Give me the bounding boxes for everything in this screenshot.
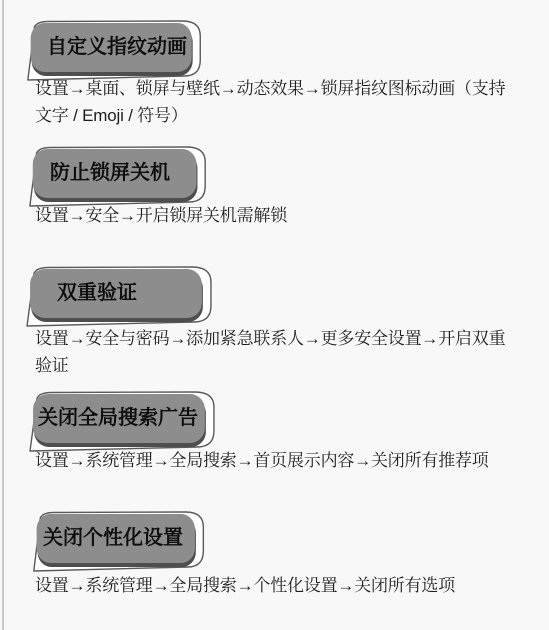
tip-bubble: 自定义指纹动画 — [25, 19, 205, 83]
page-left-edge-line — [2, 0, 4, 630]
tip-bubble: 双重验证 — [24, 265, 216, 329]
tip-title: 双重验证 — [24, 269, 216, 318]
tip-bubble: 关闭全局搜索广告 — [27, 390, 219, 454]
tip-title: 关闭全局搜索广告 — [27, 394, 219, 443]
tip-steps: 设置→安全→开启锁屏关机需解锁 — [35, 202, 547, 229]
tip-title: 自定义指纹动画 — [25, 23, 205, 72]
tip-steps: 设置→系统管理→全局搜索→首页展示内容→关闭所有推荐项 — [35, 447, 547, 474]
tip-title: 防止锁屏关机 — [27, 149, 210, 198]
tip-title: 关闭个性化设置 — [31, 514, 208, 563]
tips-document: 自定义指纹动画 设置→桌面、锁屏与壁纸→动态效果→锁屏指纹图标动画（支持 文字 … — [0, 0, 549, 630]
tip-steps: 设置→系统管理→全局搜索→个性化设置→关闭所有选项 — [35, 572, 547, 599]
tip-steps: 设置→安全与密码→添加紧急联系人→更多安全设置→开启双重 验证 — [35, 325, 547, 379]
tip-bubble: 防止锁屏关机 — [27, 145, 210, 209]
tip-steps: 设置→桌面、锁屏与壁纸→动态效果→锁屏指纹图标动画（支持 文字 / Emoji … — [35, 75, 547, 129]
tip-bubble: 关闭个性化设置 — [31, 510, 208, 574]
